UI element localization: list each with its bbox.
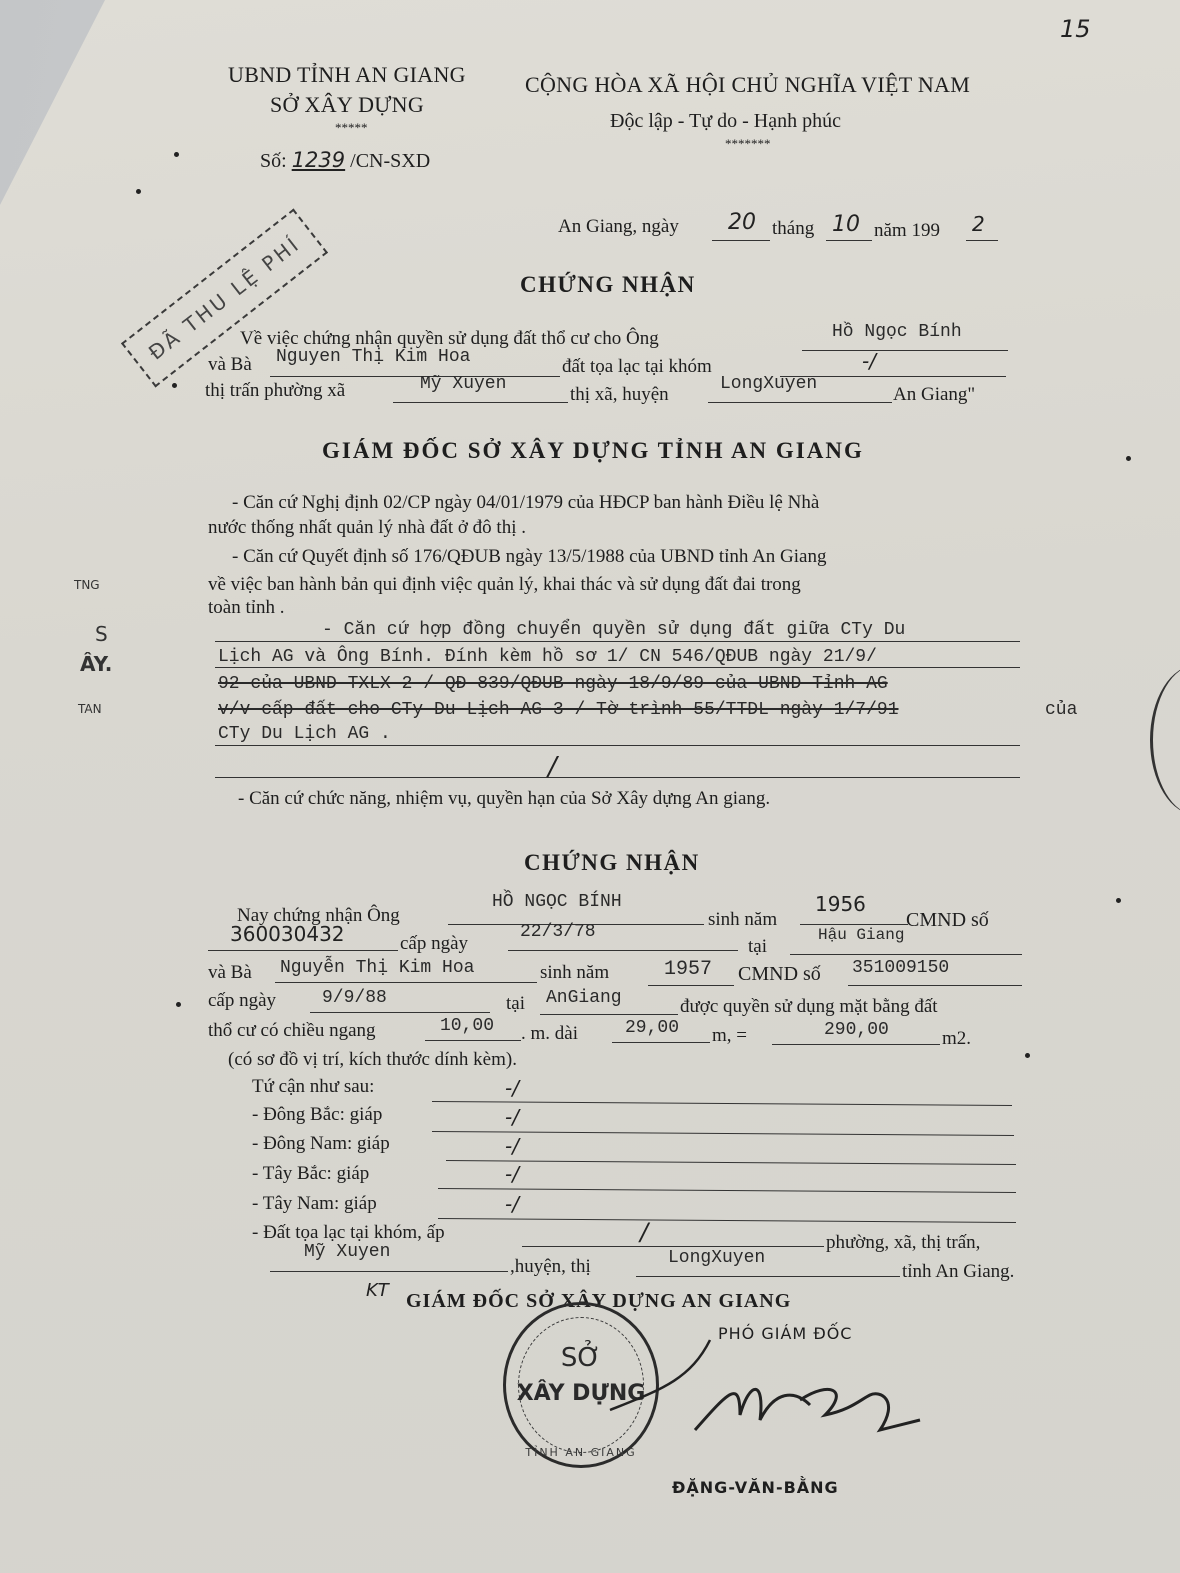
subject-line3-end: An Giang" <box>893 384 975 406</box>
basis-typed-line5: CTy Du Lịch AG . <box>218 724 391 744</box>
basis-1-line2: nước thống nhất quản lý nhà đất ở đô thị… <box>208 517 526 539</box>
basis-typed-line4: v/v cấp đất cho CTy Du Lịch AG 3-/ Tờ tr… <box>218 700 899 720</box>
basis-1-line1: - Căn cứ Nghị định 02/CP ngày 04/01/1979… <box>232 492 819 514</box>
cert-l4-issued: cấp ngày <box>208 990 276 1012</box>
subject-line2-mid: đất tọa lạc tại khóm <box>562 356 712 378</box>
basis-typed-line1: - Căn cứ hợp đồng chuyển quyền sử dụng đ… <box>322 620 905 640</box>
page-number: 15 <box>1060 15 1091 43</box>
cert-l5-prefix: thổ cư có chiều ngang <box>208 1020 376 1042</box>
date-day: 20 <box>728 210 756 235</box>
nation-motto: Độc lập - Tự do - Hạnh phúc <box>610 110 841 133</box>
number-value: 1239 <box>292 148 345 172</box>
cert-male-name: HỒ NGỌC BÍNH <box>492 892 622 912</box>
cert-female-birth-year: 1957 <box>664 958 712 981</box>
boundary-value-3: -/ <box>505 1162 519 1186</box>
nation-title: CỘNG HÒA XÃ HỘI CHỦ NGHĨA VIỆT NAM <box>525 72 970 98</box>
certificate-title: CHỨNG NHẬN <box>520 272 696 298</box>
basis-typed-line2: Lịch AG và Ông Bính. Đính kèm hồ sơ 1/ C… <box>218 647 877 667</box>
cert-female-id: 351009150 <box>852 958 949 978</box>
margin-seal-right <box>1150 665 1180 815</box>
cert-l2-issued: cấp ngày <box>400 933 468 955</box>
date-year-digit: 2 <box>972 212 985 236</box>
cert-l5-len: . m. dài <box>521 1023 578 1045</box>
subject-line3-mid: thị xã, huyện <box>570 384 669 406</box>
authority-title: GIÁM ĐỐC SỞ XÂY DỰNG TỈNH AN GIANG <box>322 438 864 464</box>
cert-female-name: Nguyễn Thị Kim Hoa <box>280 958 474 978</box>
handwritten-signature <box>600 1320 940 1470</box>
location-ward: Mỹ Xuyen <box>304 1242 390 1262</box>
subject-owner-female: Nguyen Thị Kim Hoa <box>276 347 470 367</box>
number-label: Số: <box>260 150 287 172</box>
subject-line3-prefix: thị trấn phường xã <box>205 380 345 402</box>
margin-seal-s: S <box>95 622 108 646</box>
cert-male-id: 360030432 <box>230 922 345 946</box>
basis-2-line3: toàn tỉnh . <box>208 597 285 619</box>
date-prefix: An Giang, ngày <box>558 216 679 238</box>
cert-l5-unit: m2. <box>942 1028 971 1050</box>
cert-l1-born: sinh năm <box>708 909 777 931</box>
certification-title: CHỨNG NHẬN <box>524 850 700 876</box>
document-number: Số: 1239 /CN-SXD <box>260 148 430 173</box>
boundary-label-1: - Đông Bắc: giáp <box>252 1104 382 1126</box>
boundary-value-1: -/ <box>505 1105 519 1129</box>
document-page: 15 UBND TỈNH AN GIANG SỞ XÂY DỰNG ***** … <box>0 0 1180 1573</box>
cert-l2-at: tại <box>748 936 767 958</box>
cert-male-issue-date: 22/3/78 <box>520 922 596 942</box>
cert-l6: (có sơ đồ vị trí, kích thước dính kèm). <box>228 1049 517 1071</box>
location-district: LongXuyen <box>668 1248 765 1268</box>
cert-l5-eq: m, = <box>712 1025 747 1047</box>
location-l1-prefix: - Đất tọa lạc tại khóm, ấp <box>252 1222 445 1244</box>
boundary-value-2: -/ <box>505 1134 519 1158</box>
cert-female-issue-date: 9/9/88 <box>322 988 387 1008</box>
agency-line2: SỞ XÂY DỰNG <box>270 92 424 118</box>
boundary-label-3: - Tây Bắc: giáp <box>252 1163 369 1185</box>
agency-line1: UBND TỈNH AN GIANG <box>228 62 466 88</box>
date-year-label: năm 199 <box>874 220 940 242</box>
subject-khom: -/ <box>862 349 876 373</box>
basis-3: - Căn cứ chức năng, nhiệm vụ, quyền hạn … <box>238 788 770 810</box>
location-l2-mid: ,huyện, thị <box>510 1256 591 1278</box>
boundary-label-2: - Đông Nam: giáp <box>252 1133 390 1155</box>
cert-l4-at: tại <box>506 993 525 1015</box>
number-suffix: /CN-SXD <box>350 150 430 172</box>
date-month: 10 <box>832 212 860 237</box>
location-l1-end: phường, xã, thị trấn, <box>826 1232 980 1254</box>
agency-stars: ***** <box>335 120 368 136</box>
subject-district: LongXuyen <box>720 374 817 394</box>
cert-female-issue-place: AnGiang <box>546 988 622 1008</box>
cert-l4-end: được quyền sử dụng mặt bằng đất <box>680 996 938 1018</box>
signer-name: ĐẶNG-VĂN-BẰNG <box>672 1478 839 1497</box>
margin-seal-bottom: TAN <box>78 702 102 716</box>
boundary-value-4: -/ <box>505 1192 519 1216</box>
basis-typed-line3: 92 của UBND TXLX 2-/ QĐ 839/QĐUB ngày 18… <box>218 674 888 694</box>
nation-stars: ******* <box>725 136 771 152</box>
blank-slash-mark: / <box>548 752 557 782</box>
boundary-value-0: -/ <box>505 1076 519 1100</box>
cert-l3-id: CMND số <box>738 963 821 986</box>
margin-seal-ay: ÂY. <box>80 652 112 676</box>
margin-seal-top: TNG <box>74 578 100 592</box>
cert-width: 10,00 <box>440 1016 494 1036</box>
location-l2-end: tỉnh An Giang. <box>902 1261 1014 1283</box>
boundary-label-4: - Tây Nam: giáp <box>252 1193 377 1215</box>
cert-male-birth-year: 1956 <box>815 892 866 916</box>
basis-2-line2: về việc ban hành bản qui định việc quản … <box>208 574 801 596</box>
basis-2-line1: - Căn cứ Quyết định số 176/QĐUB ngày 13/… <box>232 546 827 568</box>
cert-length: 29,00 <box>625 1018 679 1038</box>
location-khom: / <box>640 1218 648 1246</box>
subject-ward: Mỹ Xuyen <box>420 374 506 394</box>
boundary-label-0: Tứ cận như sau: <box>252 1076 374 1098</box>
cert-l1-id: CMND số <box>906 909 989 932</box>
cert-male-issue-place: Hậu Giang <box>818 926 904 944</box>
basis-typed-line4-end: của <box>1045 700 1077 720</box>
cert-l3-prefix: và Bà <box>208 962 252 984</box>
cert-l3-born: sinh năm <box>540 962 609 984</box>
cert-area: 290,00 <box>824 1020 889 1040</box>
subject-line2-prefix: và Bà <box>208 354 252 376</box>
on-behalf-mark: KT <box>366 1280 389 1301</box>
date-month-label: tháng <box>772 218 814 240</box>
subject-owner-male: Hồ Ngọc Bính <box>832 322 962 342</box>
